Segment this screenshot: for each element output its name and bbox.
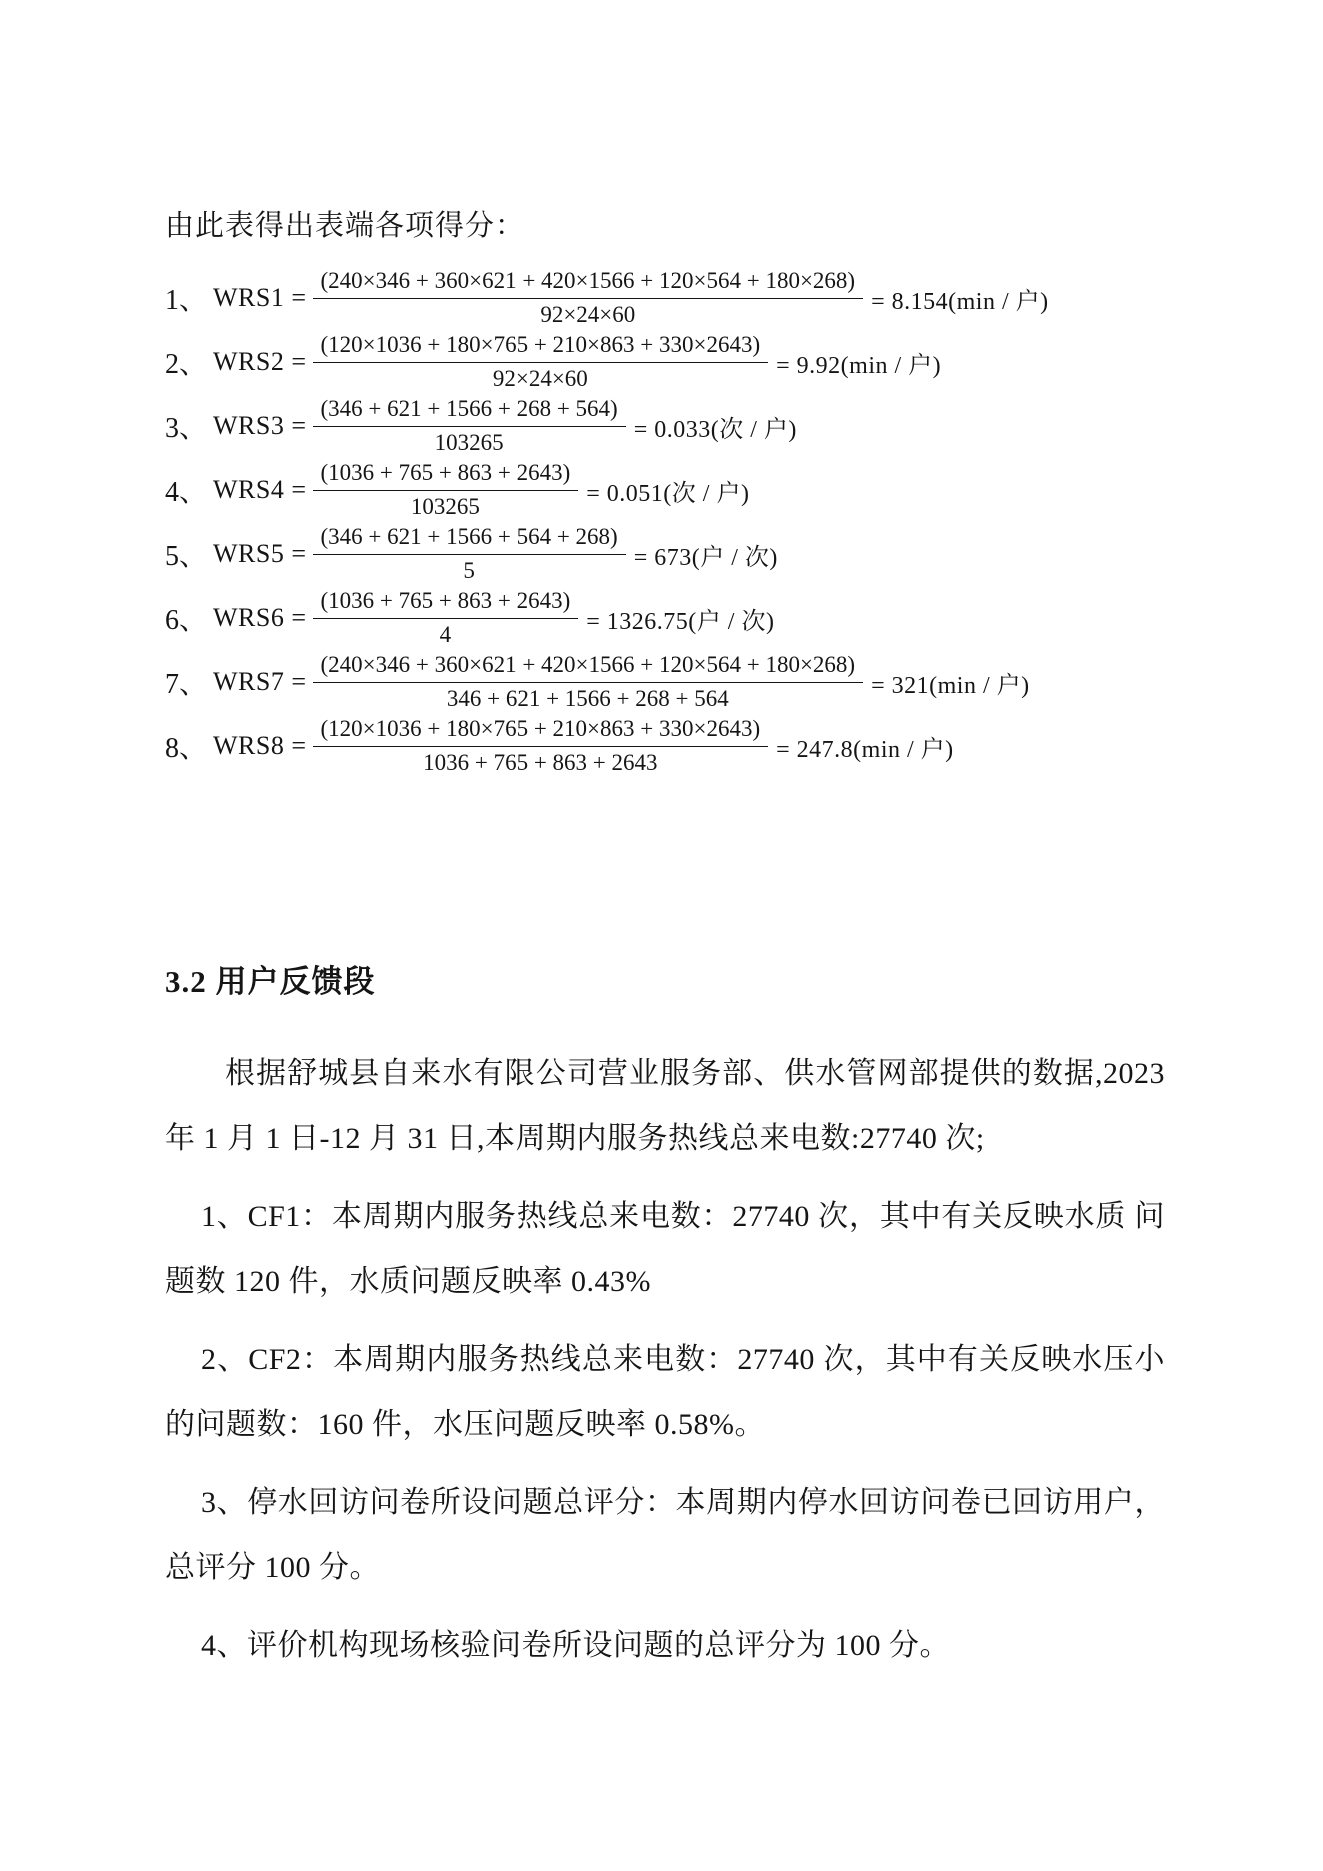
formula-index: 7、 — [165, 662, 213, 702]
formula-lhs: WRS3 = — [213, 411, 307, 441]
formula-result: = 0.051(次 / 户) — [586, 473, 749, 508]
paragraph-cf2: 2、CF2：本周期内服务热线总来电数：27740 次，其中有关反映水压小的问题数… — [165, 1327, 1165, 1457]
formula-index: 6、 — [165, 598, 213, 638]
formula-index: 8、 — [165, 726, 213, 766]
formula-index: 2、 — [165, 342, 213, 382]
formula-denominator: 5 — [463, 555, 475, 586]
formula-list: 1、 WRS1 = (240×346 + 360×621 + 420×1566 … — [165, 266, 1165, 778]
formula-index: 3、 — [165, 406, 213, 446]
formula-result: = 8.154(min / 户) — [871, 281, 1049, 316]
intro-text: 由此表得出表端各项得分： — [165, 203, 1165, 244]
formula-row-wrs7: 7、 WRS7 = (240×346 + 360×621 + 420×1566 … — [165, 650, 1165, 714]
formula-numerator: (240×346 + 360×621 + 420×1566 + 120×564 … — [313, 651, 864, 683]
formula-fraction: (120×1036 + 180×765 + 210×863 + 330×2643… — [313, 715, 769, 778]
formula-result: = 247.8(min / 户) — [776, 729, 954, 764]
formula-denominator: 103265 — [411, 491, 480, 522]
formula-row-wrs3: 3、 WRS3 = (346 + 621 + 1566 + 268 + 564)… — [165, 394, 1165, 458]
document-page: 由此表得出表端各项得分： 1、 WRS1 = (240×346 + 360×62… — [0, 0, 1323, 1871]
formula-numerator: (120×1036 + 180×765 + 210×863 + 330×2643… — [313, 715, 769, 747]
formula-row-wrs8: 8、 WRS8 = (120×1036 + 180×765 + 210×863 … — [165, 714, 1165, 778]
formula-row-wrs4: 4、 WRS4 = (1036 + 765 + 863 + 2643) 1032… — [165, 458, 1165, 522]
formula-fraction: (1036 + 765 + 863 + 2643) 4 — [313, 587, 579, 650]
formula-lhs: WRS2 = — [213, 347, 307, 377]
formula-row-wrs2: 2、 WRS2 = (120×1036 + 180×765 + 210×863 … — [165, 330, 1165, 394]
paragraph-verify-score: 4、评价机构现场核验问卷所设问题的总评分为 100 分。 — [165, 1613, 1165, 1678]
formula-numerator: (120×1036 + 180×765 + 210×863 + 330×2643… — [313, 331, 769, 363]
formula-row-wrs5: 5、 WRS5 = (346 + 621 + 1566 + 564 + 268)… — [165, 522, 1165, 586]
formula-result: = 0.033(次 / 户) — [634, 409, 797, 444]
formula-fraction: (346 + 621 + 1566 + 268 + 564) 103265 — [313, 395, 626, 458]
document-content: 由此表得出表端各项得分： 1、 WRS1 = (240×346 + 360×62… — [165, 203, 1165, 1691]
formula-denominator: 103265 — [435, 427, 504, 458]
formula-row-wrs1: 1、 WRS1 = (240×346 + 360×621 + 420×1566 … — [165, 266, 1165, 330]
formula-row-wrs6: 6、 WRS6 = (1036 + 765 + 863 + 2643) 4 = … — [165, 586, 1165, 650]
paragraph-survey-score: 3、停水回访问卷所设问题总评分：本周期内停水回访问卷已回访用户，总评分 100 … — [165, 1470, 1165, 1600]
formula-lhs: WRS7 = — [213, 667, 307, 697]
section-title: 3.2 用户反馈段 — [165, 956, 1165, 1001]
formula-numerator: (1036 + 765 + 863 + 2643) — [313, 459, 579, 491]
formula-lhs: WRS4 = — [213, 475, 307, 505]
formula-numerator: (240×346 + 360×621 + 420×1566 + 120×564 … — [313, 267, 864, 299]
formula-denominator: 92×24×60 — [493, 363, 588, 394]
formula-result: = 673(户 / 次) — [634, 537, 778, 572]
formula-lhs: WRS1 = — [213, 283, 307, 313]
formula-result: = 321(min / 户) — [871, 665, 1030, 700]
formula-denominator: 346 + 621 + 1566 + 268 + 564 — [447, 683, 729, 714]
formula-fraction: (1036 + 765 + 863 + 2643) 103265 — [313, 459, 579, 522]
paragraph-cf1: 1、CF1：本周期内服务热线总来电数：27740 次，其中有关反映水质 问题数 … — [165, 1184, 1165, 1314]
formula-result: = 9.92(min / 户) — [776, 345, 941, 380]
formula-lhs: WRS5 = — [213, 539, 307, 569]
formula-index: 5、 — [165, 534, 213, 574]
formula-index: 4、 — [165, 470, 213, 510]
formula-denominator: 92×24×60 — [540, 299, 635, 330]
formula-result: = 1326.75(户 / 次) — [586, 601, 774, 636]
formula-denominator: 4 — [440, 619, 452, 650]
paragraph-data-source: 根据舒城县自来水有限公司营业服务部、供水管网部提供的数据,2023 年 1 月 … — [165, 1041, 1165, 1171]
formula-denominator: 1036 + 765 + 863 + 2643 — [423, 747, 657, 778]
formula-numerator: (346 + 621 + 1566 + 268 + 564) — [313, 395, 626, 427]
formula-fraction: (240×346 + 360×621 + 420×1566 + 120×564 … — [313, 651, 864, 714]
formula-lhs: WRS8 = — [213, 731, 307, 761]
formula-lhs: WRS6 = — [213, 603, 307, 633]
formula-fraction: (120×1036 + 180×765 + 210×863 + 330×2643… — [313, 331, 769, 394]
body-paragraphs: 根据舒城县自来水有限公司营业服务部、供水管网部提供的数据,2023 年 1 月 … — [165, 1041, 1165, 1678]
formula-numerator: (1036 + 765 + 863 + 2643) — [313, 587, 579, 619]
formula-fraction: (346 + 621 + 1566 + 564 + 268) 5 — [313, 523, 626, 586]
formula-index: 1、 — [165, 278, 213, 318]
formula-fraction: (240×346 + 360×621 + 420×1566 + 120×564 … — [313, 267, 864, 330]
formula-numerator: (346 + 621 + 1566 + 564 + 268) — [313, 523, 626, 555]
